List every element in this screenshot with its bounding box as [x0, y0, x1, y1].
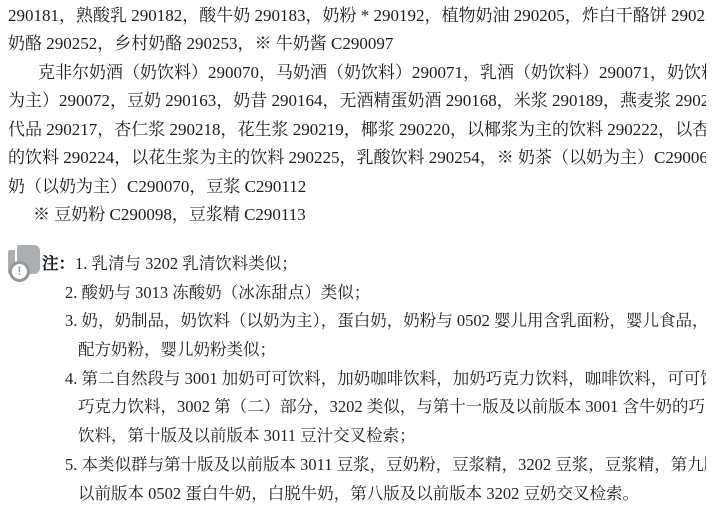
classification-line: 为主）290072，豆奶 290163，奶昔 290164，无酒精蛋奶酒 290… — [8, 87, 706, 115]
note-line: 3. 奶，奶制品，奶饮料（以奶为主），蛋白奶，奶粉与 0502 婴儿用含乳面粉，… — [65, 307, 706, 336]
document-page: 290181，熟酸乳 290182，酸牛奶 290183，奶粉 * 290192… — [0, 0, 714, 507]
note-line: 饮料，第十版及以前版本 3011 豆汁交叉检索； — [78, 422, 706, 451]
classification-line: 奶酪 290252，乡村奶酪 290253，※ 牛奶酱 C290097 — [8, 30, 706, 58]
classification-text-block: 290181，熟酸乳 290182，酸牛奶 290183，奶粉 * 290192… — [8, 2, 706, 230]
note-label: 注： — [42, 254, 75, 273]
classification-line: 的饮料 290224，以花生浆为主的饮料 290225，乳酸饮料 290254，… — [8, 144, 706, 172]
book-alert-icon: ! — [8, 245, 41, 283]
classification-line: 代品 290217，杏仁浆 290218，花生浆 290219，椰浆 29022… — [8, 116, 706, 144]
classification-line: ※ 豆奶粉 C290098，豆浆精 C290113 — [8, 201, 706, 229]
exclamation-glyph: ! — [12, 264, 27, 279]
note-block: ! 注：1. 乳清与 3202 乳清饮料类似； 2. 酸奶与 3013 冻酸奶（… — [0, 250, 706, 507]
classification-line: 290181，熟酸乳 290182，酸牛奶 290183，奶粉 * 290192… — [8, 2, 706, 30]
note-line: 5. 本类似群与第十版及以前版本 3011 豆浆，豆奶粉，豆浆精，3202 豆浆… — [65, 451, 706, 480]
note-line: 注：1. 乳清与 3202 乳清饮料类似； — [42, 250, 706, 279]
note-line: 配方奶粉，婴儿奶粉类似； — [78, 336, 706, 365]
note-line: 巧克力饮料，3002 第（二）部分，3202 类似，与第十一版及以前版本 300… — [78, 393, 706, 422]
exclamation-badge-icon: ! — [9, 261, 30, 282]
note-line-text: 1. 乳清与 3202 乳清饮料类似； — [75, 254, 298, 273]
classification-line: 奶（以奶为主）C290070，豆浆 C290112 — [8, 173, 706, 201]
note-line: 2. 酸奶与 3013 冻酸奶（冰冻甜点）类似； — [65, 279, 706, 308]
note-line: 4. 第二自然段与 3001 加奶可可饮料，加奶咖啡饮料，加奶巧克力饮料，咖啡饮… — [65, 365, 706, 394]
note-line: 以前版本 0502 蛋白牛奶，白脱牛奶，第八版及以前版本 3202 豆奶交叉检索… — [78, 480, 706, 507]
classification-line: 克非尔奶酒（奶饮料）290070，马奶酒（奶饮料）290071，乳酒（奶饮料）2… — [8, 59, 706, 87]
